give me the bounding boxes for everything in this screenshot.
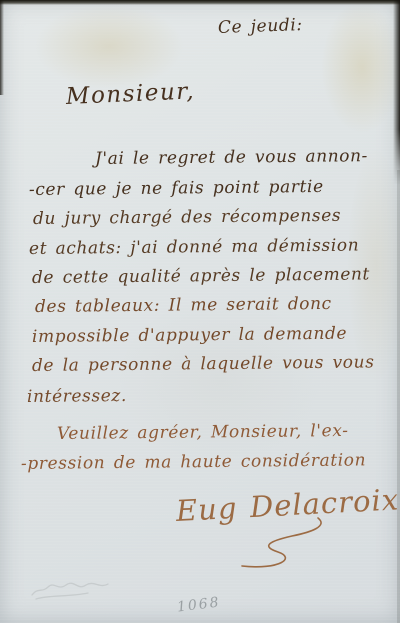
body-line: intéressez.: [27, 386, 127, 407]
scan-edge-top: [0, 0, 400, 5]
letter-scan: Ce jeudi: Monsieur, J'ai le regret de vo…: [0, 0, 400, 623]
signature-flourish: [200, 516, 340, 576]
closing-line: -pression de ma haute considération: [21, 450, 366, 474]
body-line: de la personne à laquelle vous vous: [32, 352, 375, 376]
pencil-inscription: [28, 575, 138, 605]
stain-top-left: [34, 4, 184, 89]
body-line: de cette qualité après le placement: [32, 264, 370, 288]
body-line: impossible d'appuyer la demande: [32, 324, 347, 347]
body-line: du jury chargé des récompenses: [33, 206, 341, 229]
closing-line: Veuillez agréer, Monsieur, l'ex-: [57, 421, 349, 444]
salutation: Monsieur,: [65, 78, 195, 110]
stain-top-right: [322, 2, 400, 132]
body-line: et achats: j'ai donné ma démission: [29, 236, 359, 259]
body-line: J'ai le regret de vous annon-: [95, 146, 368, 169]
scan-edge-right: [393, 0, 400, 185]
pencil-number: 1068: [176, 594, 221, 615]
body-line: des tableaux: Il me serait donc: [35, 294, 332, 317]
scan-edge-left: [0, 0, 4, 95]
dateline: Ce jeudi:: [218, 15, 303, 38]
body-line: -cer que je ne fais point partie: [29, 177, 324, 200]
